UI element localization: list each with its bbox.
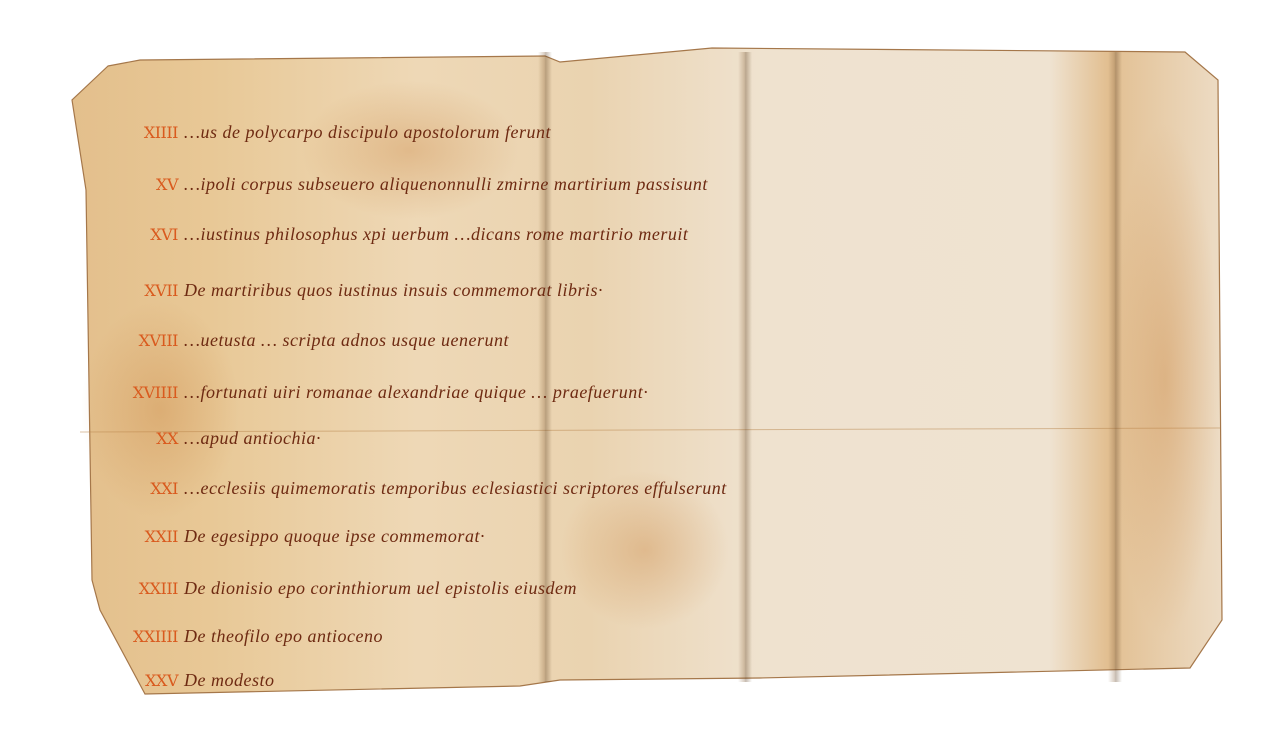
rubric-numeral: XXII — [104, 527, 178, 546]
rubric-numeral: XIIII — [104, 123, 178, 142]
rubric-numeral: XX — [104, 429, 178, 448]
line-text: De modesto — [184, 670, 274, 691]
text-line: XVII De martiribus quos iustinus insuis … — [104, 280, 603, 301]
rubric-numeral: XXI — [104, 479, 178, 498]
fold-line — [738, 52, 752, 682]
line-text: De dionisio epo corinthiorum uel epistol… — [184, 578, 577, 599]
rubric-numeral: XVIII — [104, 331, 178, 350]
text-line: XXIII De dionisio epo corinthiorum uel e… — [104, 578, 577, 599]
rubric-numeral: XVIIII — [104, 383, 178, 402]
line-text: …ecclesiis quimemoratis temporibus ecles… — [184, 478, 727, 499]
text-line: XVIIII …fortunati uiri romanae alexandri… — [104, 382, 648, 403]
rubric-numeral: XXIII — [104, 579, 178, 598]
text-line: XVI …iustinus philosophus xpi uerbum …di… — [104, 224, 688, 245]
text-line: XXIIII De theofilo epo antioceno — [104, 626, 383, 647]
line-text: …us de polycarpo discipulo apostolorum f… — [184, 122, 551, 143]
rubric-numeral: XXV — [104, 671, 178, 690]
text-line: XXV De modesto — [104, 670, 274, 691]
rubric-numeral: XVI — [104, 225, 178, 244]
line-text: …fortunati uiri romanae alexandriae quiq… — [184, 382, 648, 403]
rubric-numeral: XVII — [104, 281, 178, 300]
line-text: De theofilo epo antioceno — [184, 626, 383, 647]
line-text: De martiribus quos iustinus insuis comme… — [184, 280, 603, 301]
line-text: …ipoli corpus subseuero aliquenonnulli z… — [184, 174, 708, 195]
line-text: De egesippo quoque ipse commemorat· — [184, 526, 485, 547]
line-text: …apud antiochia· — [184, 428, 321, 449]
line-text: …iustinus philosophus xpi uerbum …dicans… — [184, 224, 688, 245]
stain — [300, 80, 520, 220]
rubric-numeral: XV — [104, 175, 178, 194]
text-line: XXI …ecclesiis quimemoratis temporibus e… — [104, 478, 727, 499]
text-line: XIIII …us de polycarpo discipulo apostol… — [104, 122, 551, 143]
manuscript-fragment: XIIII …us de polycarpo discipulo apostol… — [0, 0, 1280, 743]
rubric-numeral: XXIIII — [104, 627, 178, 646]
text-line: XX …apud antiochia· — [104, 428, 321, 449]
stain — [1110, 120, 1220, 640]
text-line: XXII De egesippo quoque ipse commemorat· — [104, 526, 485, 547]
text-line: XVIII …uetusta … scripta adnos usque uen… — [104, 330, 509, 351]
line-text: …uetusta … scripta adnos usque uenerunt — [184, 330, 509, 351]
text-line: XV …ipoli corpus subseuero aliquenonnull… — [104, 174, 708, 195]
